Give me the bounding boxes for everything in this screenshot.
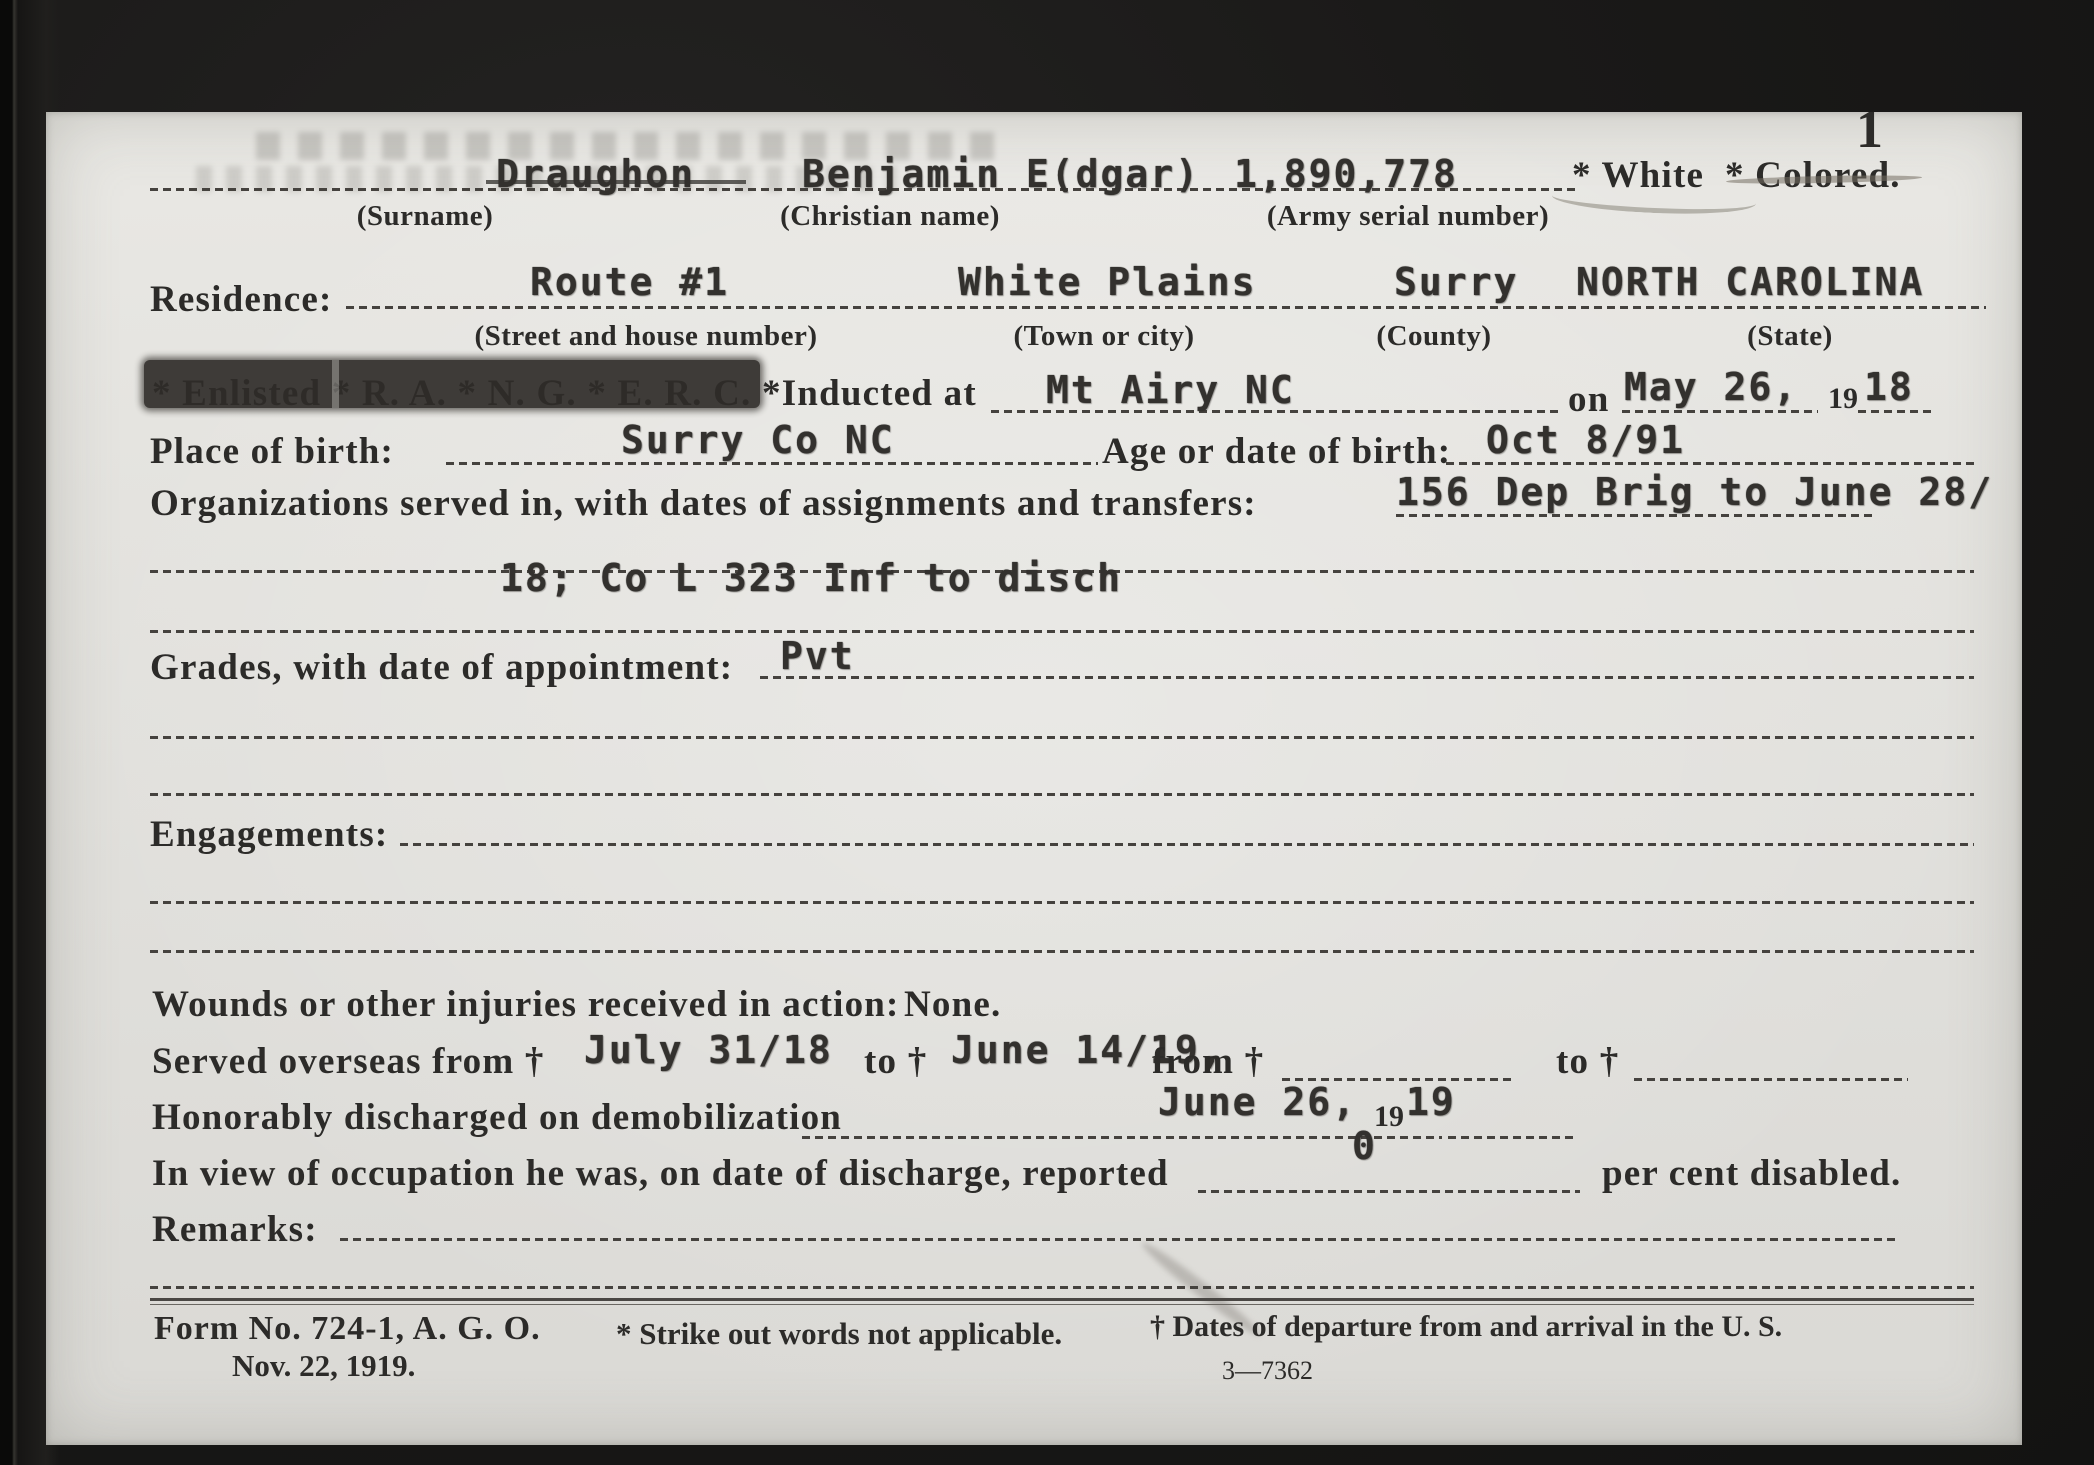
organizations-value-line2: 18; Co L 323 Inf to disch — [500, 556, 1122, 600]
state-label: (State) — [1747, 320, 1833, 353]
overseas-from-label-2: from † — [1152, 1040, 1264, 1083]
serial-number-label: (Army serial number) — [1267, 200, 1549, 233]
state-value: NORTH CAROLINA — [1576, 260, 1924, 304]
enlistment-date-value: May 26, — [1624, 365, 1798, 409]
year-prefix: 19 — [1374, 1100, 1404, 1134]
wounds-label: Wounds or other injuries received in act… — [152, 983, 900, 1026]
service-record-card: 1 Draughon Benjamin E(dgar) 1,890,778 * … — [46, 112, 2022, 1445]
page-number: 1 — [1856, 112, 1883, 160]
inducted-at-label: *Inducted at — [762, 372, 977, 415]
served-overseas-label: Served overseas from † — [152, 1040, 545, 1083]
street-value: Route #1 — [530, 260, 729, 304]
grade-value: Pvt — [780, 634, 855, 678]
ruled-line — [150, 736, 1974, 739]
print-code: 3—7362 — [1222, 1356, 1313, 1386]
ruled-line — [150, 950, 1974, 953]
discharge-year-value: 19 — [1406, 1080, 1456, 1124]
form-date: Nov. 22, 1919. — [232, 1348, 415, 1384]
wounds-value: None. — [904, 983, 1001, 1026]
ruled-line — [1448, 1136, 1576, 1139]
dagger-icon: † — [525, 1041, 545, 1082]
discharge-label: Honorably discharged on demobilization — [152, 1096, 842, 1139]
residence-label: Residence: — [150, 278, 333, 321]
disability-percent-value: 0 — [1352, 1124, 1377, 1168]
county-value: Surry — [1394, 260, 1518, 304]
ruled-line — [446, 462, 1098, 465]
ruled-line — [150, 630, 1974, 633]
ruled-line — [1622, 410, 1818, 413]
disability-label: In view of occupation he was, on date of… — [152, 1152, 1169, 1195]
discharge-date-value: June 26, — [1158, 1080, 1357, 1124]
age-value: Oct 8/91 — [1486, 418, 1685, 462]
overseas-to-label-1: to † — [864, 1040, 927, 1083]
place-of-birth-value: Surry Co NC — [621, 418, 895, 462]
ruled-line — [150, 1286, 1974, 1289]
organizations-label: Organizations served in, with dates of a… — [150, 482, 1257, 525]
county-label: (County) — [1376, 320, 1491, 353]
enlistment-year-value: 18 — [1864, 365, 1914, 409]
disability-suffix-label: per cent disabled. — [1602, 1152, 1901, 1195]
ruled-line — [1198, 1190, 1580, 1193]
ruled-line — [1634, 1078, 1908, 1081]
ruled-line — [802, 1136, 1442, 1139]
street-label: (Street and house number) — [474, 320, 817, 353]
dagger-icon: † — [1600, 1041, 1620, 1082]
ruled-line — [760, 676, 1974, 679]
year-prefix: 19 — [1828, 382, 1858, 416]
dagger-icon: † — [1245, 1041, 1265, 1082]
inducted-place-value: Mt Airy NC — [1046, 368, 1295, 412]
overseas-to-label-2: to † — [1556, 1040, 1619, 1083]
ruled-line — [1396, 514, 1876, 517]
christian-name-label: (Christian name) — [780, 200, 1000, 233]
town-value: White Plains — [958, 260, 1257, 304]
ruled-line — [340, 1238, 1896, 1241]
remarks-label: Remarks: — [152, 1208, 318, 1251]
surname-label: (Surname) — [357, 200, 494, 233]
surname-value: Draughon — [496, 152, 695, 196]
serial-number-value: 1,890,778 — [1234, 152, 1458, 196]
overseas-from-date-1: July 31/18 — [584, 1028, 833, 1072]
dagger-icon: † — [908, 1041, 928, 1082]
footer-rule-thin — [150, 1304, 1974, 1305]
on-label: on — [1568, 378, 1609, 421]
grades-label: Grades, with date of appointment: — [150, 646, 733, 689]
ruled-line — [1446, 462, 1974, 465]
scan-background: 1 Draughon Benjamin E(dgar) 1,890,778 * … — [0, 0, 2094, 1465]
ruled-line — [1858, 410, 1934, 413]
age-label: Age or date of birth: — [1102, 430, 1451, 473]
ruled-line — [150, 901, 1974, 904]
ruled-line — [150, 793, 1974, 796]
form-number: Form No. 724-1, A. G. O. — [154, 1310, 541, 1348]
ink-blackout-smudge — [144, 360, 760, 408]
engagements-label: Engagements: — [150, 813, 388, 856]
ruled-line — [400, 843, 1974, 846]
town-label: (Town or city) — [1014, 320, 1195, 353]
dagger-note: † Dates of departure from and arrival in… — [1150, 1310, 1782, 1344]
organizations-value-line1: 156 Dep Brig to June 28/ — [1396, 470, 1993, 514]
footer-rule — [150, 1298, 1974, 1301]
place-of-birth-label: Place of birth: — [150, 430, 394, 473]
strike-out-note: * Strike out words not applicable. — [616, 1316, 1062, 1352]
christian-name-value: Benjamin E(dgar) — [802, 152, 1200, 196]
ruled-line — [346, 306, 1986, 309]
